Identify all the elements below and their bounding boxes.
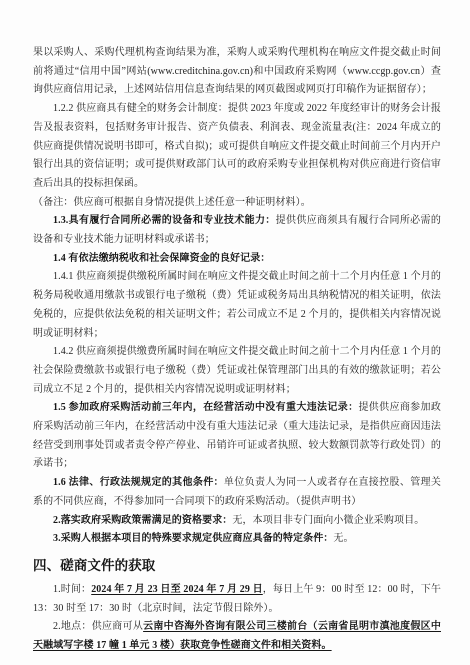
clause-2-heading: 2.落实政府采购政策需满足的资格要求： (53, 515, 232, 526)
paragraph-credit-check-continuation: 果以采购人、采购代理机构查询结果为准，采购人或采购代理机构在响应文件提交截止时间… (33, 44, 441, 100)
paragraph-note: （备注：供应商可根据自身情况提供上述任意一种证明材料）。 (33, 194, 441, 213)
document-page: 果以采购人、采购代理机构查询结果为准，采购人或采购代理机构在响应文件提交截止时间… (0, 0, 470, 665)
clause-1-6-heading: 1.6 法律、行政法规规定的其他条件： (53, 477, 224, 488)
document-body: 果以采购人、采购代理机构查询结果为准，采购人或采购代理机构在响应文件提交截止时间… (33, 44, 441, 656)
clause-3-heading: 3.采购人根据本项目的特殊要求规定供应商应具备的特定条件： (53, 533, 333, 544)
obtain-time-dates: 2024 年 7 月 23 日至 2024 年 7 月 29 日 (91, 584, 263, 595)
paragraph-clause-2: 2.落实政府采购政策需满足的资格要求：无，本项目非专门面向小微企业采购项目。 (33, 512, 441, 531)
paragraph-clause-1-2-2: 1.2.2 供应商具有健全的财务会计制度：提供 2023 年度或 2022 年度… (33, 100, 441, 194)
clause-1-5-heading: 1.5 参加政府采购活动前三年内，在经营活动中没有重大违法记录： (53, 402, 358, 413)
clause-1-3-heading: 1.3.具有履行合同所必需的设备和专业技术能力： (53, 215, 276, 226)
clause-3-text: 无。 (333, 533, 353, 544)
paragraph-clause-1-4: 1.4 有依法缴纳税收和社会保障资金的良好记录： (33, 250, 441, 269)
obtain-location-label: 2.地点：供应商可从 (53, 621, 143, 632)
paragraph-clause-1-3: 1.3.具有履行合同所必需的设备和专业技术能力：提供供应商须具有履行合同所必需的… (33, 212, 441, 249)
clause-2-text: 无，本项目非专门面向小微企业采购项目。 (232, 515, 424, 526)
paragraph-obtain-time: 1.时间：2024 年 7 月 23 日至 2024 年 7 月 29 日，每日… (33, 581, 441, 618)
paragraph-clause-1-6: 1.6 法律、行政法规规定的其他条件：单位负责人为同一人或者存在直接控股、管理关… (33, 474, 441, 511)
clause-1-4-heading: 1.4 有依法缴纳税收和社会保障资金的良好记录： (53, 253, 270, 264)
paragraph-obtain-location: 2.地点：供应商可从云南中咨海外咨询有限公司三楼前台（云南省昆明市滇池度假区中天… (33, 618, 441, 655)
paragraph-clause-1-5: 1.5 参加政府采购活动前三年内，在经营活动中没有重大违法记录：提供供应商参加政… (33, 399, 441, 474)
section-4-heading: 四、磋商文件的获取 (33, 556, 441, 575)
paragraph-clause-1-4-2: 1.4.2 供应商须提供缴费所属时间在响应文件提交截止时间之前十二个月内任意 1… (33, 343, 441, 399)
paragraph-clause-3: 3.采购人根据本项目的特殊要求规定供应商应具备的特定条件：无。 (33, 530, 441, 549)
paragraph-clause-1-4-1: 1.4.1 供应商须提供缴税所属时间在响应文件提交截止时间之前十二个月内任意 1… (33, 268, 441, 343)
obtain-time-label: 1.时间： (53, 584, 91, 595)
